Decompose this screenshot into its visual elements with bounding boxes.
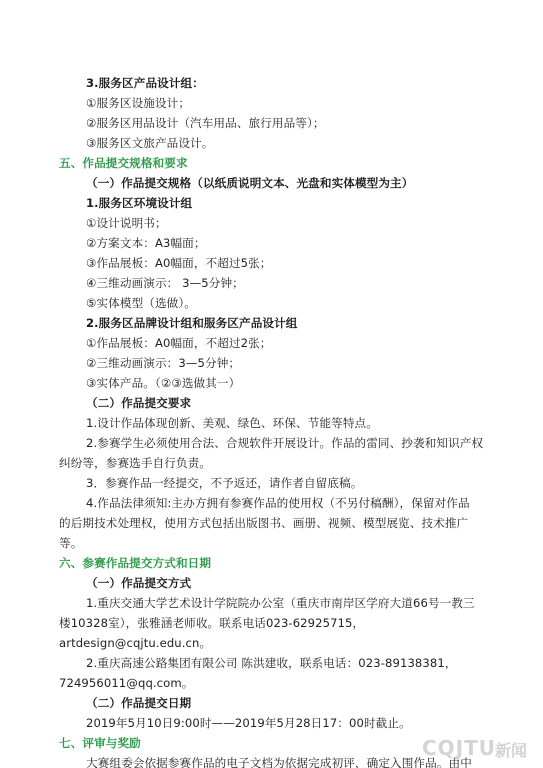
paragraph-continuation: 等。 [59,536,82,550]
list-item: ①服务区设施设计； [86,96,190,110]
paragraph: 1.设计作品体现创新、美观、绿色、环保、节能等特点。 [86,416,378,430]
subheading-submission-requirements: （二）作品提交要求 [86,396,191,410]
subheading-environment-group: 1.服务区环境设计组 [86,196,192,210]
section-heading-7: 七、评审与奖励 [59,736,141,750]
list-item: ①设计说明书； [86,216,167,230]
paragraph: 2.参赛学生必须使用合法、合规软件开展设计。作品的雷同、抄袭和知识产权 [86,436,483,450]
paragraph: 2.重庆高速公路集团有限公司 陈洪建收，联系电话：023-89138381， [86,656,457,670]
paragraph: 2019年5月10日9:00时——2019年5月28日17：00时截止。 [86,716,411,730]
paragraph: 4.作品法律须知:主办方拥有参赛作品的使用权（不另付稿酬），保留对作品 [86,496,470,510]
subheading-brand-product-group: 2.服务区品牌设计组和服务区产品设计组 [86,316,297,330]
paragraph-continuation: 的后期技术处理权，使用方式包括出版图书、画册、视频、模型展览、技术推广 [59,516,468,530]
list-item: ②方案文本：A3幅面； [86,236,206,250]
subheading-submission-specs: （一）作品提交规格（以纸质说明文本、光盘和实体模型为主） [86,176,413,190]
list-item: ②三维动画演示：3—5分钟； [86,356,240,370]
subheading-submission-method: （一）作品提交方式 [86,576,191,590]
email-link: artdesign@cqjtu.edu.cn。 [59,636,211,650]
watermark-suffix: 新闻 [495,738,527,761]
subheading-product-design-group: 3.服务区产品设计组： [86,76,204,90]
list-item: ③服务区文旅产品设计。 [86,136,213,150]
list-item: ⑤实体模型（选做）。 [86,296,196,310]
paragraph: 3．参赛作品一经提交，不予返还，请作者自留底稿。 [86,476,362,490]
list-item: ③作品展板：A0幅面，不超过5张； [86,256,272,270]
section-heading-6: 六、参赛作品提交方式和日期 [59,556,211,570]
subheading-submission-date: （二）作品提交日期 [86,696,191,710]
document-page: 3.服务区产品设计组： ①服务区设施设计； ②服务区用品设计（汽车用品、旅行用品… [0,0,543,768]
list-item: ①作品展板：A0幅面，不超过2张； [86,336,272,350]
email-link: 724956011@qq.com。 [59,676,193,690]
paragraph-continuation: 纠纷等，参赛选手自行负责。 [59,456,211,470]
list-item: ④三维动画演示： 3—5分钟； [86,276,244,290]
list-item: ②服务区用品设计（汽车用品、旅行用品等）； [86,116,325,130]
section-heading-5: 五、作品提交规格和要求 [59,156,188,170]
paragraph: 大赛组委会依据参赛作品的电子文档为依据完成初评，确定入围作品。由中 [86,756,472,768]
paragraph-continuation: 楼10328室），张雅涵老师收。联系电话023-62925715， [59,616,364,630]
paragraph: 1.重庆交通大学艺术设计学院院办公室（重庆市南岸区学府大道66号一教三 [86,596,475,610]
list-item: ③实体产品。（②③选做其一） [86,376,240,390]
watermark-logo: CQJTU [422,736,496,760]
